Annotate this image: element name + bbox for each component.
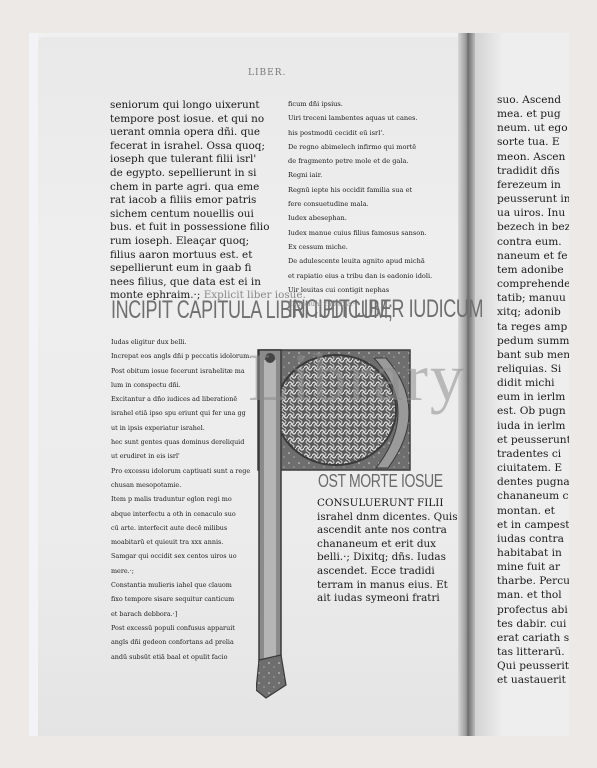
- text-line: dentes pugna: [497, 475, 569, 489]
- text-line: tes dabir. cui: [497, 617, 569, 631]
- chapter-entry: Iudex manue cuius filius famosus sanson.: [288, 226, 458, 240]
- text-line: bus. et fuit in possessione filio: [110, 221, 285, 235]
- text-line: peusserunt in: [497, 192, 569, 206]
- text-line: xitq; adonib: [497, 305, 569, 319]
- chapter-entry: et rapiatio eius a tribu dan is eadonio …: [288, 269, 458, 283]
- explicit-rubric: Expliciunt capitula.·;: [288, 297, 458, 311]
- text-line: tharbe. Percus: [497, 574, 569, 588]
- text-line: ferezeum in: [497, 178, 569, 192]
- text-line: sichem centum nouellis oui: [110, 208, 285, 222]
- text-line: chananeum c: [497, 489, 569, 503]
- text-line: nees filius, que data est ei in: [110, 276, 285, 290]
- text-line: tem adonibe: [497, 263, 569, 277]
- text-line: habitabat in: [497, 546, 569, 560]
- text-line: bezech in bez: [497, 220, 569, 234]
- text-line: est. Ob pugn: [497, 404, 569, 418]
- chapter-entry: Iudex abesephan.: [288, 211, 458, 225]
- facing-page-column: suo. Ascend mea. et pug neum. ut ego sor…: [497, 93, 569, 688]
- text-line: tradidit dñs: [497, 164, 569, 178]
- chapter-entry: Regnū iepte his occidit familia sua et: [288, 183, 458, 197]
- text-line: tas litterarū.: [497, 645, 569, 659]
- text-line: et peusserunt: [497, 433, 569, 447]
- text-line: comprehende: [497, 277, 569, 291]
- text-line: ait iudas symeoni fratri: [317, 592, 467, 606]
- chapter-entry: De adulescente leuita agnito apud michā: [288, 254, 458, 268]
- text-line: ascendet. Ecce tradidi: [317, 565, 467, 579]
- text-line: ua uiros. Inu: [497, 206, 569, 220]
- right-chapter-list: ficum dñi ipsius. Uiri treceni lambentes…: [288, 97, 458, 311]
- text-line: belli.·; Dixitq; dñs. Iudas: [317, 551, 467, 565]
- text-line: meon. Ascen: [497, 150, 569, 164]
- chapter-entry: his postmodū cecidit eū isrl'.: [288, 126, 458, 140]
- text-line: uerant omnia opera dñi. que: [110, 126, 285, 140]
- chapter-entry: ficum dñi ipsius.: [288, 97, 458, 111]
- text-line: man. et thol: [497, 588, 569, 602]
- chapter-entry: Uiri treceni lambentes aquas ut canes.: [288, 111, 458, 125]
- text-line: mea. et pug: [497, 107, 569, 121]
- running-head: LIBER.: [248, 68, 286, 78]
- text-line: chem in parte agri. qua eme: [110, 181, 285, 195]
- library-watermark: Library: [248, 338, 466, 417]
- text-line: iuda in ierlm: [497, 419, 569, 433]
- text-line: Qui peusserit: [497, 659, 569, 673]
- chapter-entry: fere consuetudine mala.: [288, 197, 458, 211]
- text-line: iudas contra: [497, 532, 569, 546]
- text-line: et uastauerit: [497, 673, 569, 687]
- text-line: montan. et: [497, 504, 569, 518]
- text-line: tatib; manuu: [497, 291, 569, 305]
- chapter-entry: Regni iair.: [288, 168, 458, 182]
- text-line: sepellierunt eum in gaab fi: [110, 262, 285, 276]
- text-line: naneum et fe: [497, 249, 569, 263]
- text-line: erat cariath s: [497, 631, 569, 645]
- text-line: contra eum.: [497, 235, 569, 249]
- text-line: rat iacob a filiis emor patris: [110, 194, 285, 208]
- chapter-entry: Ex cessum miche.: [288, 240, 458, 254]
- text-line: suo. Ascend: [497, 93, 569, 107]
- text-line: profectus abi: [497, 603, 569, 617]
- text-line: reliquias. Si: [497, 362, 569, 376]
- text-line: mine fuit ar: [497, 560, 569, 574]
- text-line: tempore post iosue. et qui no: [110, 113, 285, 127]
- text-line: neum. ut ego: [497, 121, 569, 135]
- text-line: CONSULUERUNT FILII: [317, 497, 467, 511]
- text-line: filius aaron mortuus est. et: [110, 249, 285, 263]
- text-line: ciuitatem. E: [497, 461, 569, 475]
- text-line: bant sub mens: [497, 348, 569, 362]
- manuscript-photo: LIBER. seniorum qui longo uixerunt tempo…: [38, 33, 569, 736]
- text-line: ta reges amp: [497, 320, 569, 334]
- text-line: pedum summ: [497, 334, 569, 348]
- text-line: eum in ierlm: [497, 390, 569, 404]
- text-line: terram in manus eius. Et: [317, 579, 467, 593]
- text-line: sorte tua. E: [497, 135, 569, 149]
- chapter-entry: Uir leuitas cui contigit nephas: [288, 283, 458, 297]
- text-line: seniorum qui longo uixerunt: [110, 99, 285, 113]
- text-line: ascendit ante nos contra: [317, 524, 467, 538]
- text-line: ioseph que tulerant filii isrl': [110, 153, 285, 167]
- text-line: de egypto. sepellierunt in si: [110, 167, 285, 181]
- text-line: didit michi: [497, 376, 569, 390]
- text-line: chananeum et erit dux: [317, 538, 467, 552]
- chapter-entry: de fragmento petre mole et de gala.: [288, 154, 458, 168]
- text-line: et in campestr: [497, 518, 569, 532]
- text-line: israhel dnm dicentes. Quis: [317, 511, 467, 525]
- incipit-text-column: CONSULUERUNT FILII israhel dnm dicentes.…: [317, 497, 467, 606]
- left-text-column: seniorum qui longo uixerunt tempore post…: [110, 99, 285, 303]
- chapter-entry: De regno abimelech infirmo qui mortē: [288, 140, 458, 154]
- text-line: fecerat in israhel. Ossa quoq;: [110, 140, 285, 154]
- incipit-display-text: OST MORTE IOSUE: [318, 471, 443, 492]
- text-line: tradentes ci: [497, 447, 569, 461]
- text-line: rum ioseph. Eleaçar quoq;: [110, 235, 285, 249]
